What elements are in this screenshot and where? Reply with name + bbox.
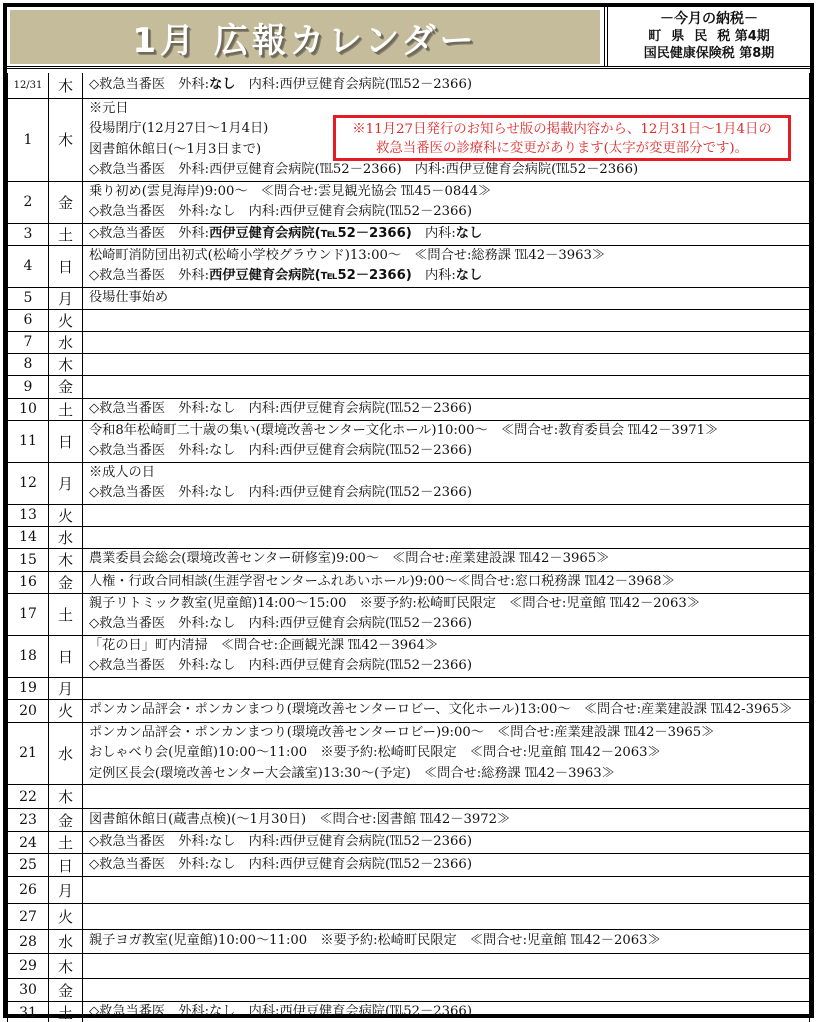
change-notice: ※11月27日発行のお知らせ版の掲載内容から、12月31日～1月4日の 救急当番… (333, 115, 791, 161)
events-cell (83, 979, 810, 1002)
event-line: ポンカン品評会・ポンカンまつり(環境改善センターロビー)9:00～ ≪問合せ:産… (89, 723, 809, 744)
table-row: 24土◇救急当番医 外科:なし 内科:西伊豆健育会病院(℡52－2366) (8, 832, 810, 854)
page-title: 1月 広報カレンダー (10, 10, 600, 64)
events-cell: 役場仕事始め (83, 287, 810, 309)
table-row: 2金乗り初め(雲見海岸)9:00～ ≪問合せ:雲見観光協会 ℡45－0844≫◇… (8, 181, 810, 223)
date-cell: 9 (8, 375, 49, 398)
date-cell: 14 (8, 526, 49, 548)
weekday-cell: 金 (49, 979, 83, 1002)
weekday-cell: 火 (49, 309, 83, 331)
table-row: 31土◇救急当番医 外科:なし 内科:西伊豆健育会病院(℡52－2366) (8, 1002, 810, 1022)
table-row: 9金 (8, 375, 810, 398)
tax-item: 国民健康保険税 第8期 (609, 45, 809, 62)
events-cell: 松崎町消防団出初式(松崎小学校グラウンド)13:00～ ≪問合せ:総務課 ℡42… (83, 245, 810, 287)
date-cell: 11 (8, 420, 49, 462)
table-row: 13火 (8, 504, 810, 526)
events-cell: ポンカン品評会・ポンカンまつり(環境改善センターロビー)9:00～ ≪問合せ:産… (83, 722, 810, 785)
date-cell: 27 (8, 904, 49, 930)
date-cell: 22 (8, 785, 49, 809)
events-cell: ◇救急当番医 外科:なし 内科:西伊豆健育会病院(℡52－2366) (83, 73, 810, 98)
date-cell: 5 (8, 287, 49, 309)
date-cell: 15 (8, 548, 49, 571)
event-line: ◇救急当番医 外科:なし 内科:西伊豆健育会病院(℡52－2366) (89, 399, 809, 420)
events-cell (83, 353, 810, 375)
date-cell: 18 (8, 635, 49, 677)
table-row: 29木 (8, 954, 810, 979)
table-row: 3土◇救急当番医 外科:西伊豆健育会病院(℡52－2366) 内科:なし (8, 223, 810, 245)
events-cell: ◇救急当番医 外科:なし 内科:西伊豆健育会病院(℡52－2366) (83, 832, 810, 854)
event-line: 親子リトミック教室(児童館)14:00～15:00 ※要予約:松崎町民限定 ≪問… (89, 594, 809, 615)
date-cell: 19 (8, 677, 49, 699)
event-line: ※成人の日 (89, 463, 809, 484)
tax-item-period: 第4期 (735, 29, 770, 44)
date-cell: 23 (8, 809, 49, 832)
weekday-cell: 土 (49, 398, 83, 420)
events-cell: ◇救急当番医 外科:なし 内科:西伊豆健育会病院(℡52－2366) (83, 398, 810, 420)
events-cell (83, 504, 810, 526)
events-cell: 親子リトミック教室(児童館)14:00～15:00 ※要予約:松崎町民限定 ≪問… (83, 593, 810, 635)
table-row: 30金 (8, 979, 810, 1002)
weekday-cell: 日 (49, 245, 83, 287)
event-line: ◇救急当番医 外科:なし 内科:西伊豆健育会病院(℡52－2366) (89, 832, 809, 853)
table-row: 23金図書館休館日(蔵書点検)(～1月30日) ≪問合せ:図書館 ℡42－397… (8, 809, 810, 832)
date-cell: 7 (8, 331, 49, 353)
date-cell: 25 (8, 854, 49, 877)
events-cell: 図書館休館日(蔵書点検)(～1月30日) ≪問合せ:図書館 ℡42－3972≫ (83, 809, 810, 832)
weekday-cell: 火 (49, 699, 83, 722)
tax-item: 町県民税 第4期 (609, 28, 809, 45)
date-cell: 1 (8, 98, 49, 181)
weekday-cell: 日 (49, 635, 83, 677)
table-row: 22木 (8, 785, 810, 809)
weekday-cell: 木 (49, 954, 83, 979)
weekday-cell: 土 (49, 223, 83, 245)
tax-item-label: 町県民税 (648, 28, 730, 45)
event-line: 人権・行政合同相談(生涯学習センターふれあいホール)9:00～≪問合せ:窓口税務… (89, 572, 809, 593)
weekday-cell: 月 (49, 287, 83, 309)
date-cell: 20 (8, 699, 49, 722)
event-line: 「花の日」町内清掃 ≪問合せ:企画観光課 ℡42－3964≫ (89, 636, 809, 657)
events-cell: 農業委員会総会(環境改善センター研修室)9:00～ ≪問合せ:産業建設課 ℡42… (83, 548, 810, 571)
events-cell: 人権・行政合同相談(生涯学習センターふれあいホール)9:00～≪問合せ:窓口税務… (83, 571, 810, 593)
calendar-header: 1月 広報カレンダー －今月の納税－ 町県民税 第4期 国民健康保険税 第8期 (7, 7, 810, 69)
calendar-table: 12/31木◇救急当番医 外科:なし 内科:西伊豆健育会病院(℡52－2366)… (7, 73, 810, 1022)
changed-text: 西伊豆健育会病院(℡52－2366) (209, 268, 412, 283)
changed-text: なし (456, 268, 482, 283)
weekday-cell: 木 (49, 548, 83, 571)
date-cell: 16 (8, 571, 49, 593)
weekday-cell: 月 (49, 677, 83, 699)
table-row: 12/31木◇救急当番医 外科:なし 内科:西伊豆健育会病院(℡52－2366) (8, 73, 810, 98)
events-cell (83, 677, 810, 699)
event-line: ◇救急当番医 外科:なし 内科:西伊豆健育会病院(℡52－2366) (89, 75, 809, 96)
changed-text: なし (456, 226, 482, 241)
date-cell: 12/31 (8, 73, 49, 98)
date-cell: 31 (8, 1002, 49, 1022)
event-line: 定例区長会(環境改善センター大会議室)13:30～(予定) ≪問合せ:総務課 ℡… (89, 764, 809, 785)
weekday-cell: 水 (49, 331, 83, 353)
events-cell: ◇救急当番医 外科:なし 内科:西伊豆健育会病院(℡52－2366) (83, 1002, 810, 1022)
event-line: ◇救急当番医 外科:西伊豆健育会病院(℡52－2366) 内科:西伊豆健育会病院… (89, 160, 809, 181)
event-line: ◇救急当番医 外科:なし 内科:西伊豆健育会病院(℡52－2366) (89, 656, 809, 677)
events-cell (83, 954, 810, 979)
table-row: 25日◇救急当番医 外科:なし 内科:西伊豆健育会病院(℡52－2366) (8, 854, 810, 877)
table-row: 19月 (8, 677, 810, 699)
date-cell: 8 (8, 353, 49, 375)
changed-text: 西伊豆健育会病院(℡52－2366) (209, 226, 412, 241)
header-divider (604, 7, 608, 66)
event-line: 図書館休館日(蔵書点検)(～1月30日) ≪問合せ:図書館 ℡42－3972≫ (89, 810, 809, 831)
table-row: 28水親子ヨガ教室(児童館)10:00～11:00 ※要予約:松崎町民限定 ≪問… (8, 930, 810, 954)
table-row: 5月役場仕事始め (8, 287, 810, 309)
date-cell: 2 (8, 181, 49, 223)
weekday-cell: 木 (49, 785, 83, 809)
date-cell: 28 (8, 930, 49, 954)
table-row: 11日令和8年松崎町二十歳の集い(環境改善センター文化ホール)10:00～ ≪問… (8, 420, 810, 462)
date-cell: 12 (8, 462, 49, 504)
weekday-cell: 金 (49, 181, 83, 223)
date-cell: 29 (8, 954, 49, 979)
event-line: ポンカン品評会・ポンカンまつり(環境改善センターロビー、文化ホール)13:00～… (89, 700, 809, 721)
event-line: ◇救急当番医 外科:なし 内科:西伊豆健育会病院(℡52－2366) (89, 441, 809, 462)
table-row: 7水 (8, 331, 810, 353)
events-cell (83, 331, 810, 353)
events-cell: 令和8年松崎町二十歳の集い(環境改善センター文化ホール)10:00～ ≪問合せ:… (83, 420, 810, 462)
table-row: 4日松崎町消防団出初式(松崎小学校グラウンド)13:00～ ≪問合せ:総務課 ℡… (8, 245, 810, 287)
table-row: 26月 (8, 877, 810, 904)
events-cell: 乗り初め(雲見海岸)9:00～ ≪問合せ:雲見観光協会 ℡45－0844≫◇救急… (83, 181, 810, 223)
weekday-cell: 土 (49, 832, 83, 854)
event-line: 農業委員会総会(環境改善センター研修室)9:00～ ≪問合せ:産業建設課 ℡42… (89, 549, 809, 570)
table-row: 27火 (8, 904, 810, 930)
title-banner: 1月 広報カレンダー (10, 10, 600, 64)
table-row: 15木農業委員会総会(環境改善センター研修室)9:00～ ≪問合せ:産業建設課 … (8, 548, 810, 571)
events-cell: ◇救急当番医 外科:西伊豆健育会病院(℡52－2366) 内科:なし (83, 223, 810, 245)
events-cell: 親子ヨガ教室(児童館)10:00～11:00 ※要予約:松崎町民限定 ≪問合せ:… (83, 930, 810, 954)
events-cell: ポンカン品評会・ポンカンまつり(環境改善センターロビー、文化ホール)13:00～… (83, 699, 810, 722)
weekday-cell: 火 (49, 904, 83, 930)
event-line: 役場仕事始め (89, 288, 809, 309)
events-cell (83, 904, 810, 930)
weekday-cell: 土 (49, 1002, 83, 1022)
weekday-cell: 水 (49, 930, 83, 954)
date-cell: 6 (8, 309, 49, 331)
date-cell: 4 (8, 245, 49, 287)
tax-item-label: 国民健康保険税 (644, 46, 735, 61)
date-cell: 21 (8, 722, 49, 785)
event-line: 親子ヨガ教室(児童館)10:00～11:00 ※要予約:松崎町民限定 ≪問合せ:… (89, 931, 809, 952)
event-line: おしゃべり会(児童館)10:00～11:00 ※要予約:松崎町民限定 ≪問合せ:… (89, 743, 809, 764)
event-line: ◇救急当番医 外科:なし 内科:西伊豆健育会病院(℡52－2366) (89, 1002, 809, 1022)
weekday-cell: 金 (49, 571, 83, 593)
calendar-page: 1月 広報カレンダー －今月の納税－ 町県民税 第4期 国民健康保険税 第8期 … (3, 3, 814, 1018)
weekday-cell: 日 (49, 420, 83, 462)
table-row: 18日「花の日」町内清掃 ≪問合せ:企画観光課 ℡42－3964≫◇救急当番医 … (8, 635, 810, 677)
event-line: 乗り初め(雲見海岸)9:00～ ≪問合せ:雲見観光協会 ℡45－0844≫ (89, 182, 809, 203)
date-cell: 30 (8, 979, 49, 1002)
monthly-tax-box: －今月の納税－ 町県民税 第4期 国民健康保険税 第8期 (609, 9, 809, 65)
date-cell: 10 (8, 398, 49, 420)
weekday-cell: 金 (49, 375, 83, 398)
date-cell: 17 (8, 593, 49, 635)
weekday-cell: 火 (49, 504, 83, 526)
table-row: 14水 (8, 526, 810, 548)
date-cell: 24 (8, 832, 49, 854)
table-row: 6火 (8, 309, 810, 331)
weekday-cell: 木 (49, 73, 83, 98)
date-cell: 13 (8, 504, 49, 526)
weekday-cell: 月 (49, 462, 83, 504)
table-row: 12月※成人の日◇救急当番医 外科:なし 内科:西伊豆健育会病院(℡52－236… (8, 462, 810, 504)
tax-box-title: －今月の納税－ (609, 10, 809, 28)
event-line: ◇救急当番医 外科:西伊豆健育会病院(℡52－2366) 内科:なし (89, 266, 809, 287)
events-cell (83, 375, 810, 398)
events-cell: ◇救急当番医 外科:なし 内科:西伊豆健育会病院(℡52－2366) (83, 854, 810, 877)
changed-text: なし (209, 77, 235, 92)
event-line: ◇救急当番医 外科:なし 内科:西伊豆健育会病院(℡52－2366) (89, 855, 809, 876)
events-cell: 「花の日」町内清掃 ≪問合せ:企画観光課 ℡42－3964≫◇救急当番医 外科:… (83, 635, 810, 677)
date-cell: 26 (8, 877, 49, 904)
event-line: 松崎町消防団出初式(松崎小学校グラウンド)13:00～ ≪問合せ:総務課 ℡42… (89, 246, 809, 267)
events-cell (83, 309, 810, 331)
weekday-cell: 水 (49, 526, 83, 548)
notice-line: 救急当番医の診療科に変更があります(太字が変更部分です)。 (336, 139, 788, 158)
weekday-cell: 木 (49, 98, 83, 181)
event-line: ◇救急当番医 外科:なし 内科:西伊豆健育会病院(℡52－2366) (89, 202, 809, 223)
table-row: 17土親子リトミック教室(児童館)14:00～15:00 ※要予約:松崎町民限定… (8, 593, 810, 635)
events-cell (83, 877, 810, 904)
tax-item-period: 第8期 (739, 46, 774, 61)
event-line: ◇救急当番医 外科:西伊豆健育会病院(℡52－2366) 内科:なし (89, 224, 809, 245)
events-cell: ※成人の日◇救急当番医 外科:なし 内科:西伊豆健育会病院(℡52－2366) (83, 462, 810, 504)
weekday-cell: 土 (49, 593, 83, 635)
table-row: 16金人権・行政合同相談(生涯学習センターふれあいホール)9:00～≪問合せ:窓… (8, 571, 810, 593)
date-cell: 3 (8, 223, 49, 245)
weekday-cell: 水 (49, 722, 83, 785)
events-cell (83, 526, 810, 548)
event-line: 令和8年松崎町二十歳の集い(環境改善センター文化ホール)10:00～ ≪問合せ:… (89, 421, 809, 442)
table-row: 10土◇救急当番医 外科:なし 内科:西伊豆健育会病院(℡52－2366) (8, 398, 810, 420)
table-row: 20火ポンカン品評会・ポンカンまつり(環境改善センターロビー、文化ホール)13:… (8, 699, 810, 722)
table-row: 8木 (8, 353, 810, 375)
table-row: 21水ポンカン品評会・ポンカンまつり(環境改善センターロビー)9:00～ ≪問合… (8, 722, 810, 785)
weekday-cell: 月 (49, 877, 83, 904)
event-line: ◇救急当番医 外科:なし 内科:西伊豆健育会病院(℡52－2366) (89, 483, 809, 504)
weekday-cell: 日 (49, 854, 83, 877)
notice-line: ※11月27日発行のお知らせ版の掲載内容から、12月31日～1月4日の (336, 120, 788, 139)
event-line: ◇救急当番医 外科:なし 内科:西伊豆健育会病院(℡52－2366) (89, 614, 809, 635)
weekday-cell: 木 (49, 353, 83, 375)
events-cell (83, 785, 810, 809)
weekday-cell: 金 (49, 809, 83, 832)
